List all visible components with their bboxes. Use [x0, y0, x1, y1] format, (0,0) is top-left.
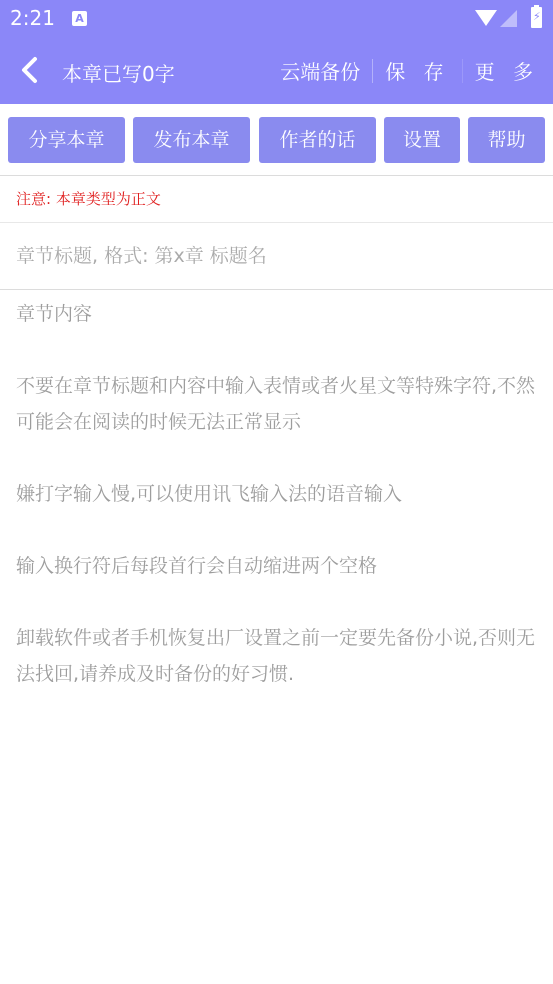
battery-charging-icon: ⚡: [531, 7, 542, 28]
author-note-button[interactable]: 作者的话: [259, 117, 376, 163]
share-chapter-button[interactable]: 分享本章: [8, 117, 125, 163]
content-placeholder-line: 不要在章节标题和内容中输入表情或者火星文等特殊字符,不然可能会在阅读的时候无法正…: [16, 368, 546, 440]
chapter-action-bar: 分享本章 发布本章 作者的话 设置 帮助: [0, 104, 553, 176]
back-chevron-icon[interactable]: [18, 56, 42, 84]
help-button[interactable]: 帮助: [468, 117, 545, 163]
more-button[interactable]: 更 多: [463, 56, 539, 85]
publish-chapter-button[interactable]: 发布本章: [133, 117, 250, 163]
content-placeholder-line: 嫌打字输入慢,可以使用讯飞输入法的语音输入: [16, 476, 546, 512]
chapter-type-notice: 注意: 本章类型为正文: [16, 188, 161, 209]
wifi-icon: [475, 10, 497, 26]
word-count-title: 本章已写0字: [62, 58, 175, 87]
cloud-backup-button[interactable]: 云端备份: [268, 56, 372, 85]
content-placeholder-line: 卸载软件或者手机恢复出厂设置之前一定要先备份小说,否则无法找回,请养成及时备份的…: [16, 620, 546, 692]
status-time: 2:21: [10, 6, 55, 30]
toolbar-actions: 云端备份 保 存 更 多: [268, 56, 539, 85]
app-toolbar: 本章已写0字 云端备份 保 存 更 多: [0, 36, 553, 104]
status-bar: 2:21 A ⚡: [0, 0, 553, 36]
chapter-title-input[interactable]: 章节标题, 格式: 第x章 标题名: [0, 223, 553, 290]
keyboard-notification-icon: A: [72, 11, 87, 26]
chapter-content-textarea[interactable]: 章节内容 不要在章节标题和内容中输入表情或者火星文等特殊字符,不然可能会在阅读的…: [16, 296, 546, 692]
settings-button[interactable]: 设置: [384, 117, 460, 163]
content-placeholder-line: 章节内容: [16, 296, 546, 332]
save-button[interactable]: 保 存: [373, 56, 461, 85]
content-placeholder-line: 输入换行符后每段首行会自动缩进两个空格: [16, 548, 546, 584]
cell-signal-icon: [500, 10, 517, 27]
